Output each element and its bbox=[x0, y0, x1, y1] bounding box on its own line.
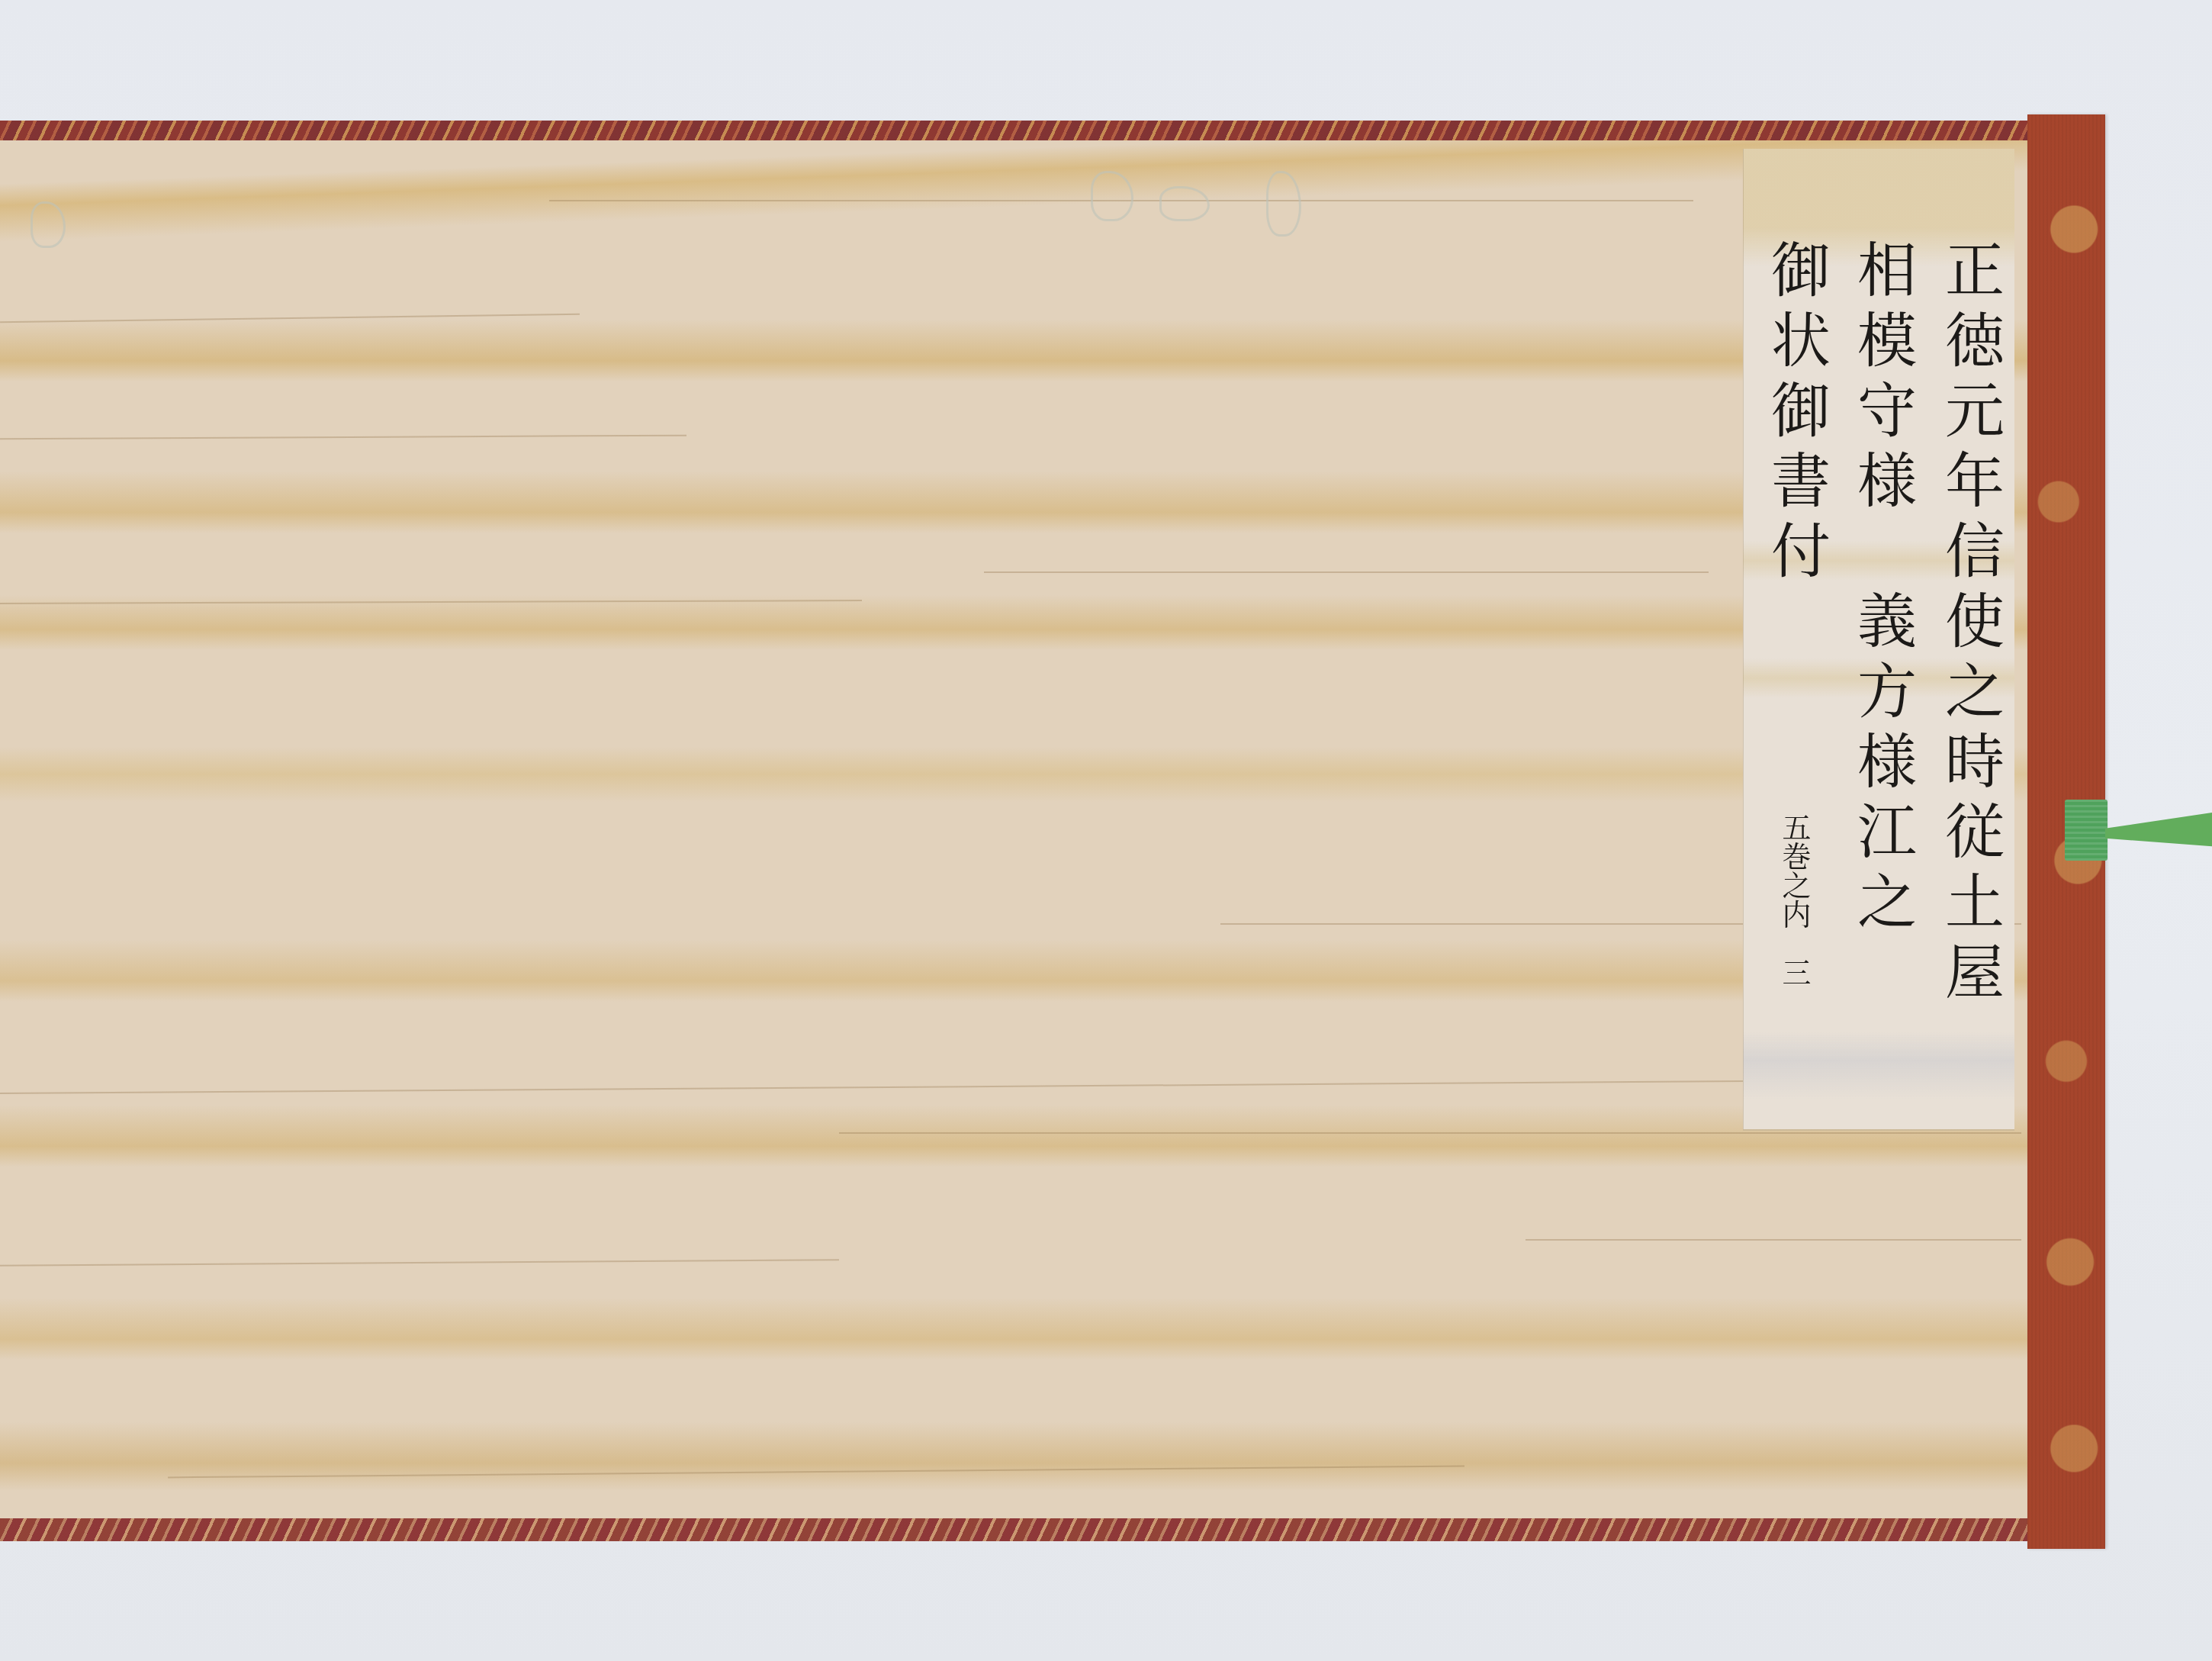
title-label: 正徳元年信使之時従土屋 相模守様 義方様江之 御状御書付 五巻之内 三 bbox=[1743, 149, 2014, 1131]
fold-line bbox=[0, 1080, 1754, 1094]
label-column-1: 正徳元年信使之時従土屋 bbox=[1940, 239, 1999, 1011]
scroll-paper bbox=[0, 140, 2027, 1518]
water-stain bbox=[1266, 171, 1301, 237]
fold-line bbox=[0, 1259, 839, 1267]
fold-line bbox=[984, 571, 1709, 573]
green-tie-cord-knot bbox=[2065, 800, 2108, 861]
fold-line bbox=[0, 600, 862, 604]
label-column-2: 相模守様 義方様江之 bbox=[1852, 239, 1911, 941]
top-brocade-border bbox=[0, 121, 2029, 140]
fold-line bbox=[0, 435, 686, 440]
green-tie-cord bbox=[2105, 813, 2212, 852]
fold-line bbox=[0, 314, 580, 324]
bottom-brocade-border bbox=[0, 1518, 2029, 1541]
fold-line bbox=[839, 1132, 2021, 1134]
water-stain bbox=[31, 201, 66, 248]
water-stain bbox=[1159, 186, 1210, 221]
water-stain bbox=[1091, 171, 1133, 221]
fold-line bbox=[1526, 1239, 2021, 1241]
handscroll: 正徳元年信使之時従土屋 相模守様 義方様江之 御状御書付 五巻之内 三 bbox=[0, 121, 2029, 1541]
fold-line bbox=[168, 1466, 1464, 1479]
label-column-3: 御状御書付 bbox=[1766, 239, 1825, 590]
volume-annotation: 五巻之内 三 bbox=[1780, 813, 1809, 987]
